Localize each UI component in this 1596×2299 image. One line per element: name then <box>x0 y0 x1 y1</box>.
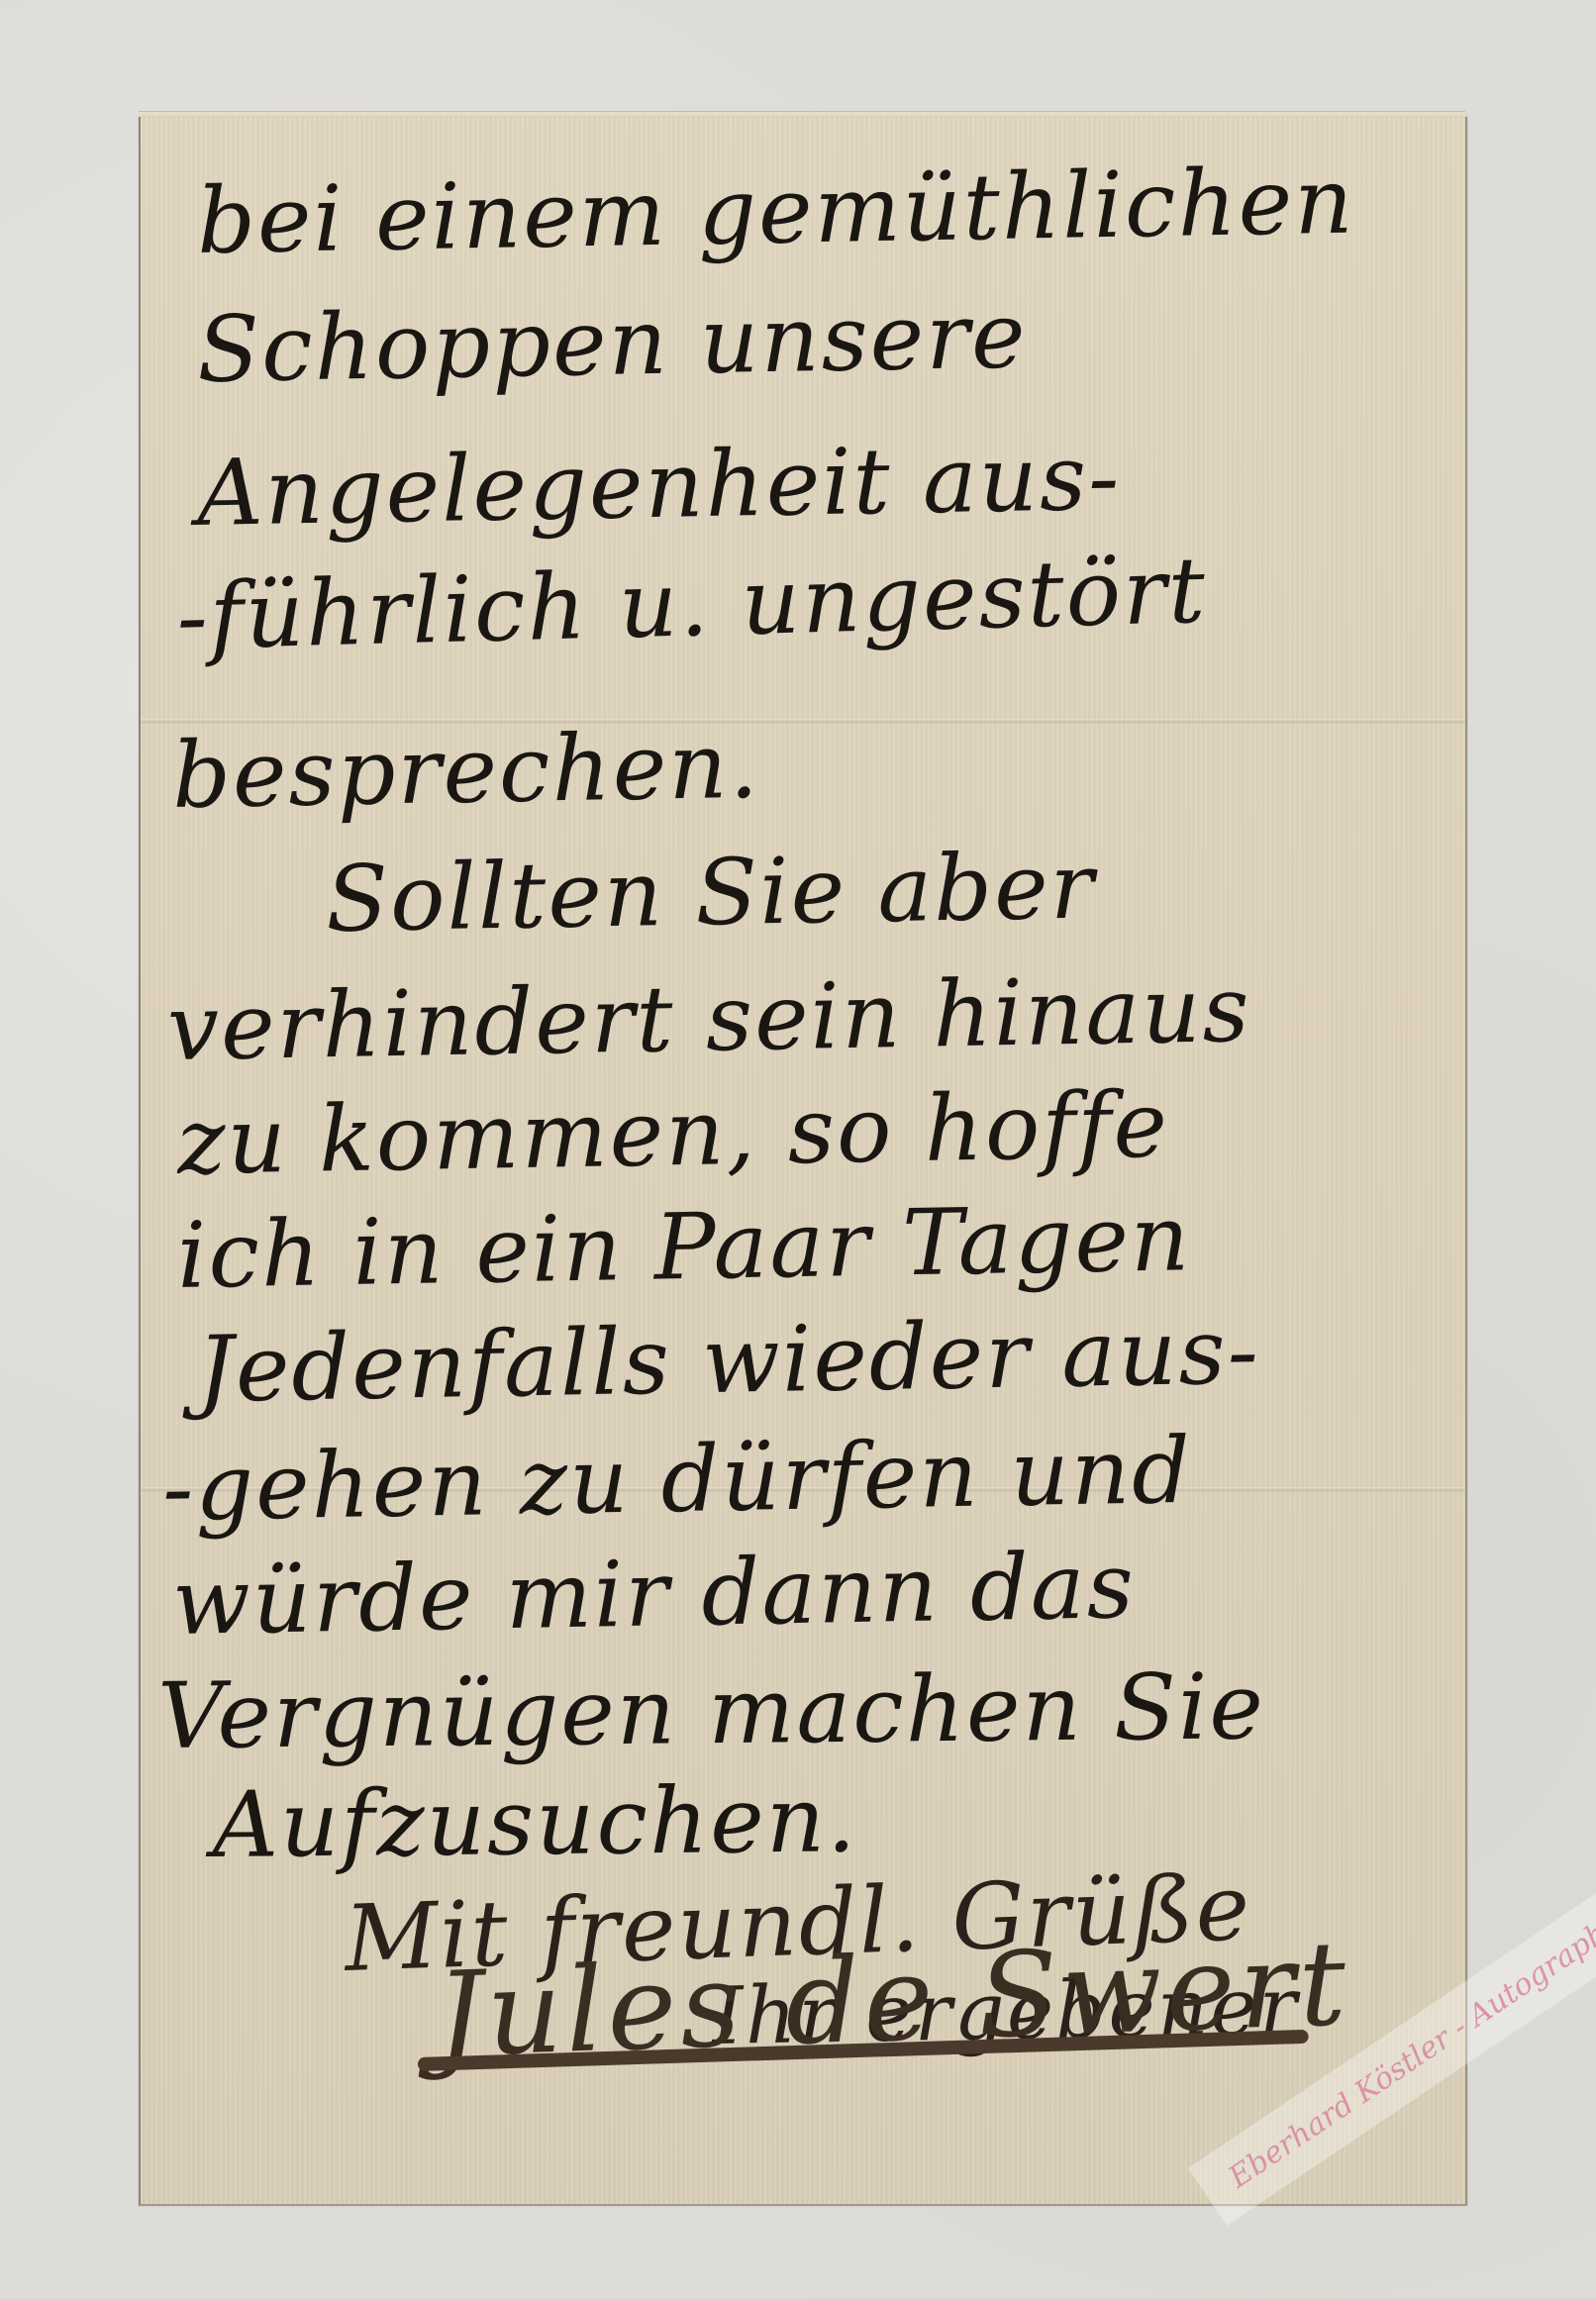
letter-line: besprechen. <box>171 713 760 829</box>
letter-line: Sollten Sie aber <box>325 833 1096 952</box>
letter-line: ich in ein Paar Tagen <box>176 1185 1192 1309</box>
letter-line: Aufzusuchen. <box>212 1766 858 1878</box>
letter-line: Schoppen unsere <box>196 282 1028 403</box>
letter-line: verhindert sein hinaus <box>166 956 1251 1081</box>
letter-line: Vergnügen machen Sie <box>157 1653 1265 1769</box>
letter-line: Angelegenheit aus- <box>196 425 1122 547</box>
letter-line: Jedenfalls wieder aus- <box>196 1298 1260 1423</box>
letter-line: würde mir dann das <box>171 1533 1137 1655</box>
letter-line: -gehen zu dürfen und <box>161 1418 1193 1542</box>
letter-line: bei einem gemüthlichen <box>196 149 1355 274</box>
letter-line: zu kommen, so hoffe <box>176 1072 1170 1195</box>
